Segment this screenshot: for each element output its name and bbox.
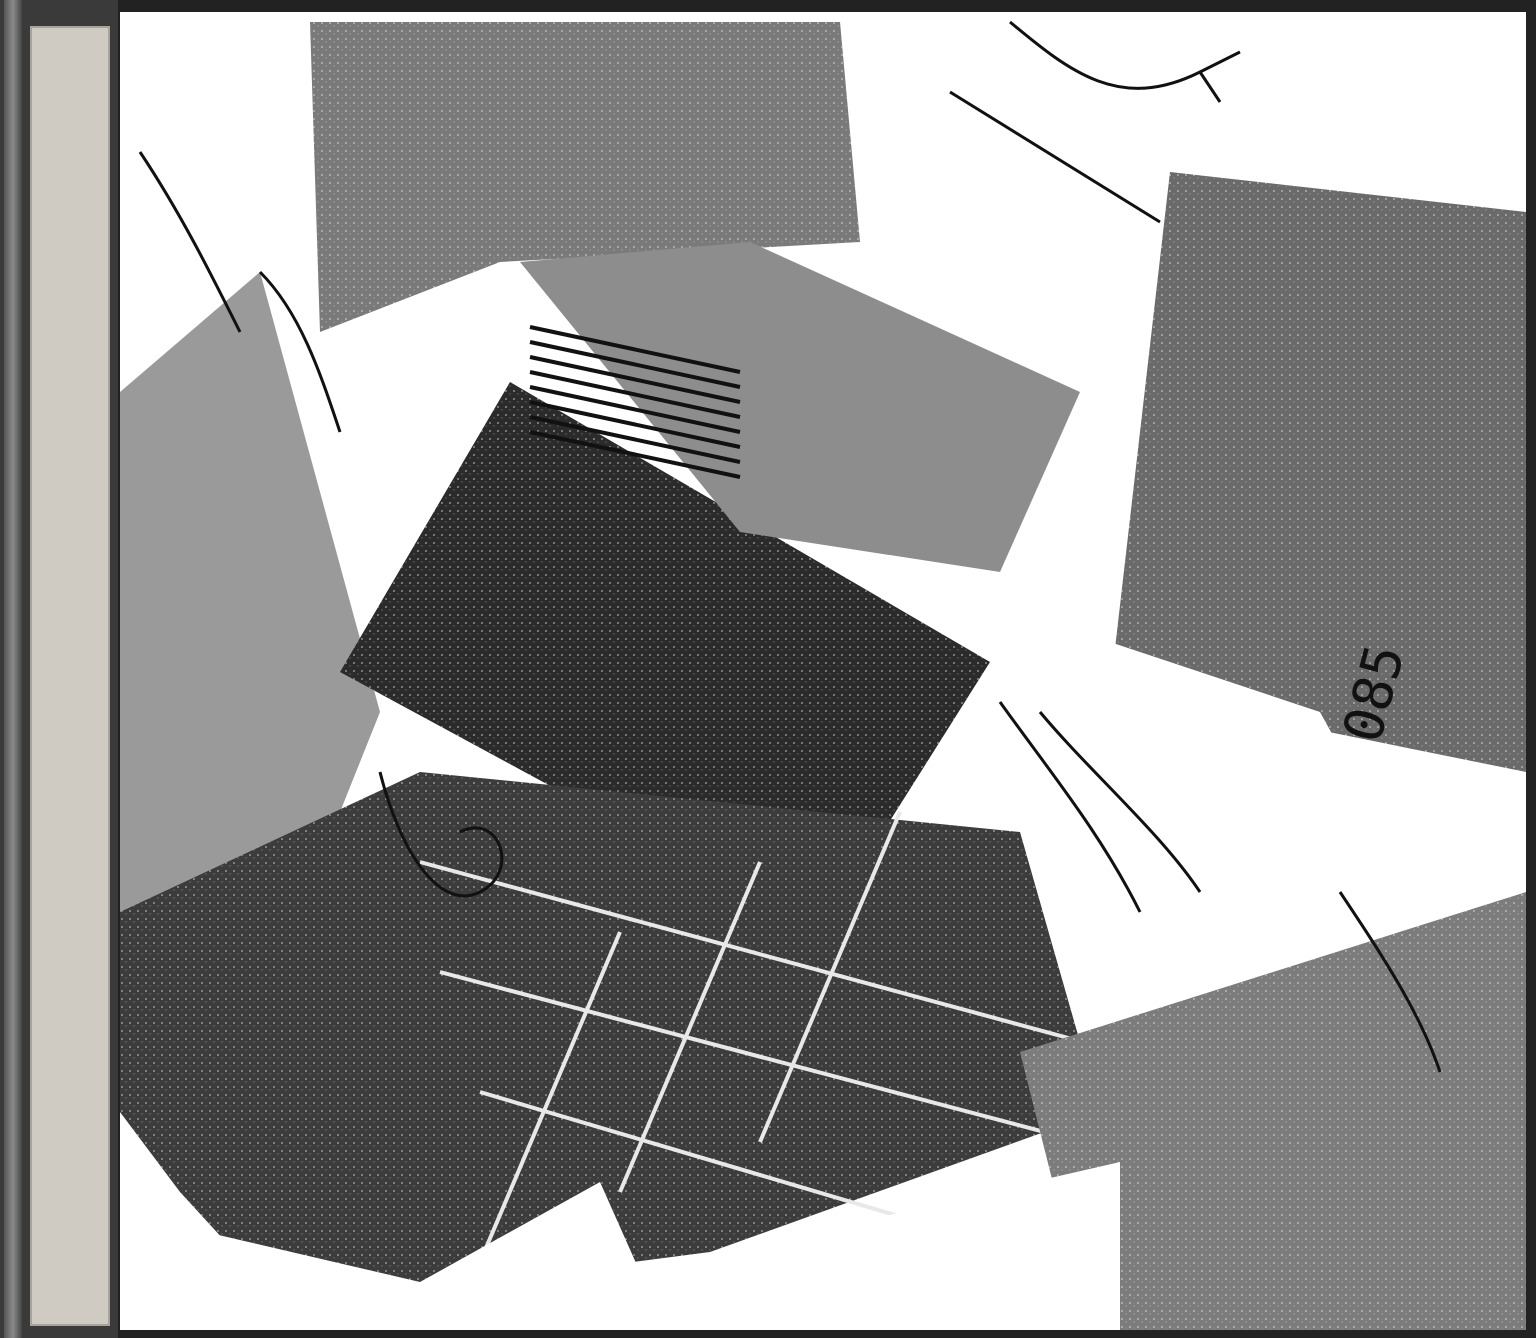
cover-artwork: 085 <box>120 12 1526 1330</box>
spine-insert <box>30 26 110 1326</box>
collage-shapes <box>120 12 1526 1330</box>
jewel-case: 085 <box>0 0 1536 1338</box>
spine-hinge <box>4 0 22 1338</box>
case-spine <box>0 0 118 1338</box>
